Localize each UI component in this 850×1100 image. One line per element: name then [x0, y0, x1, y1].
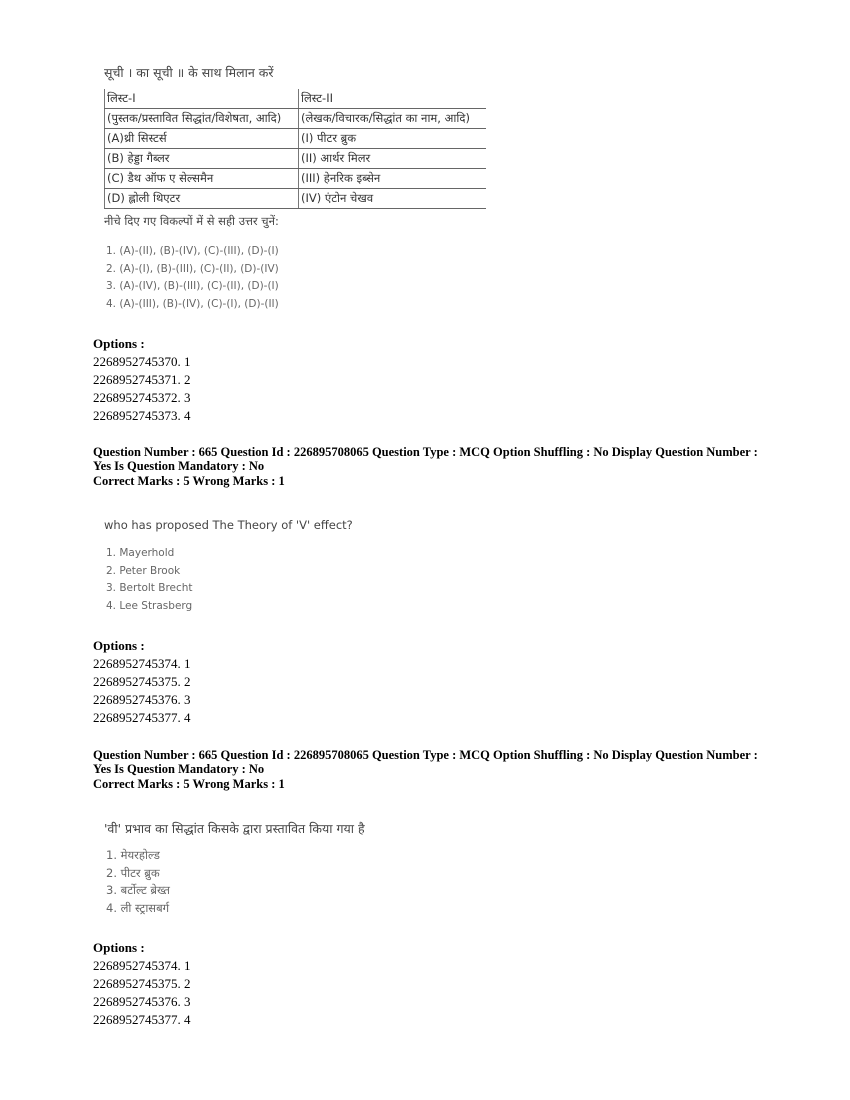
marks-line: Correct Marks : 5 Wrong Marks : 1 — [93, 474, 773, 488]
options-label: Options : — [93, 335, 191, 353]
choice-item: 2. (A)-(I), (B)-(III), (C)-(II), (D)-(IV… — [106, 261, 279, 279]
option-id: 2268952745371. 2 — [93, 371, 191, 389]
marks-line: Correct Marks : 5 Wrong Marks : 1 — [93, 777, 773, 791]
table-row: (A)थ्री सिस्टर्स (I) पीटर ब्रुक — [105, 129, 487, 149]
table-cell: लिस्ट-I — [105, 89, 299, 109]
q3-options: Options : 2268952745374. 1 2268952745375… — [93, 939, 191, 1029]
table-cell: (C) डैथ ऑफ ए सेल्समैन — [105, 169, 299, 189]
option-id: 2268952745376. 3 — [93, 993, 191, 1011]
choice-item: 3. (A)-(IV), (B)-(III), (C)-(II), (D)-(I… — [106, 278, 279, 296]
q2-options: Options : 2268952745374. 1 2268952745375… — [93, 637, 191, 727]
options-label: Options : — [93, 637, 191, 655]
choice-item: 2. Peter Brook — [106, 563, 193, 581]
q2-meta: Question Number : 665 Question Id : 2268… — [93, 445, 773, 488]
table-cell: (II) आर्थर मिलर — [299, 149, 487, 169]
table-cell: (III) हेनरिक इब्सेन — [299, 169, 487, 189]
q1-options: Options : 2268952745370. 1 2268952745371… — [93, 335, 191, 425]
question-meta-line: Question Number : 665 Question Id : 2268… — [93, 748, 773, 776]
choice-item: 2. पीटर ब्रुक — [106, 865, 170, 883]
table-cell: लिस्ट-II — [299, 89, 487, 109]
option-id: 2268952745370. 1 — [93, 353, 191, 371]
table-row: (B) हेड्डा गैब्लर (II) आर्थर मिलर — [105, 149, 487, 169]
option-id: 2268952745374. 1 — [93, 957, 191, 975]
match-table: लिस्ट-I लिस्ट-II (पुस्तक/प्रस्तावित सिद्… — [104, 89, 486, 209]
option-id: 2268952745375. 2 — [93, 975, 191, 993]
table-row: (पुस्तक/प्रस्तावित सिद्धांत/विशेषता, आदि… — [105, 109, 487, 129]
q1-instruction: सूची । का सूची ॥ के साथ मिलान करें — [104, 64, 273, 81]
option-id: 2268952745374. 1 — [93, 655, 191, 673]
choice-item: 1. (A)-(II), (B)-(IV), (C)-(III), (D)-(I… — [106, 243, 279, 261]
table-cell: (D) ह्लोली थिएटर — [105, 189, 299, 209]
q1-choice-list: 1. (A)-(II), (B)-(IV), (C)-(III), (D)-(I… — [106, 243, 279, 314]
option-id: 2268952745377. 4 — [93, 1011, 191, 1029]
q3-meta: Question Number : 665 Question Id : 2268… — [93, 748, 773, 791]
table-cell: (B) हेड्डा गैब्लर — [105, 149, 299, 169]
table-row: (C) डैथ ऑफ ए सेल्समैन (III) हेनरिक इब्से… — [105, 169, 487, 189]
question-meta-line: Question Number : 665 Question Id : 2268… — [93, 445, 773, 473]
table-cell: (पुस्तक/प्रस्तावित सिद्धांत/विशेषता, आदि… — [105, 109, 299, 129]
table-cell: (लेखक/विचारक/सिद्धांत का नाम, आदि) — [299, 109, 487, 129]
q2-question: who has proposed The Theory of 'V' effec… — [104, 518, 353, 532]
q3-question: 'वी' प्रभाव का सिद्धांत किसके द्वारा प्र… — [104, 820, 365, 837]
choice-item: 4. (A)-(III), (B)-(IV), (C)-(I), (D)-(II… — [106, 296, 279, 314]
choice-item: 3. Bertolt Brecht — [106, 580, 193, 598]
option-id: 2268952745375. 2 — [93, 673, 191, 691]
choice-item: 1. Mayerhold — [106, 545, 193, 563]
document-page: सूची । का सूची ॥ के साथ मिलान करें लिस्ट… — [0, 0, 850, 1100]
q2-choice-list: 1. Mayerhold 2. Peter Brook 3. Bertolt B… — [106, 545, 193, 616]
table-cell: (I) पीटर ब्रुक — [299, 129, 487, 149]
option-id: 2268952745376. 3 — [93, 691, 191, 709]
choice-item: 3. बर्टोल्ट ब्रेख्त — [106, 882, 170, 900]
q3-choice-list: 1. मेयरहोल्ड 2. पीटर ब्रुक 3. बर्टोल्ट ब… — [106, 847, 170, 918]
q1-choose-text: नीचे दिए गए विकल्पों में से सही उत्तर चु… — [104, 214, 279, 229]
choice-item: 4. ली स्ट्रासबर्ग — [106, 900, 170, 918]
option-id: 2268952745373. 4 — [93, 407, 191, 425]
table-cell: (A)थ्री सिस्टर्स — [105, 129, 299, 149]
options-label: Options : — [93, 939, 191, 957]
table-row: लिस्ट-I लिस्ट-II — [105, 89, 487, 109]
choice-item: 1. मेयरहोल्ड — [106, 847, 170, 865]
option-id: 2268952745372. 3 — [93, 389, 191, 407]
table-row: (D) ह्लोली थिएटर (IV) एंटोन चेखव — [105, 189, 487, 209]
choice-item: 4. Lee Strasberg — [106, 598, 193, 616]
option-id: 2268952745377. 4 — [93, 709, 191, 727]
table-cell: (IV) एंटोन चेखव — [299, 189, 487, 209]
